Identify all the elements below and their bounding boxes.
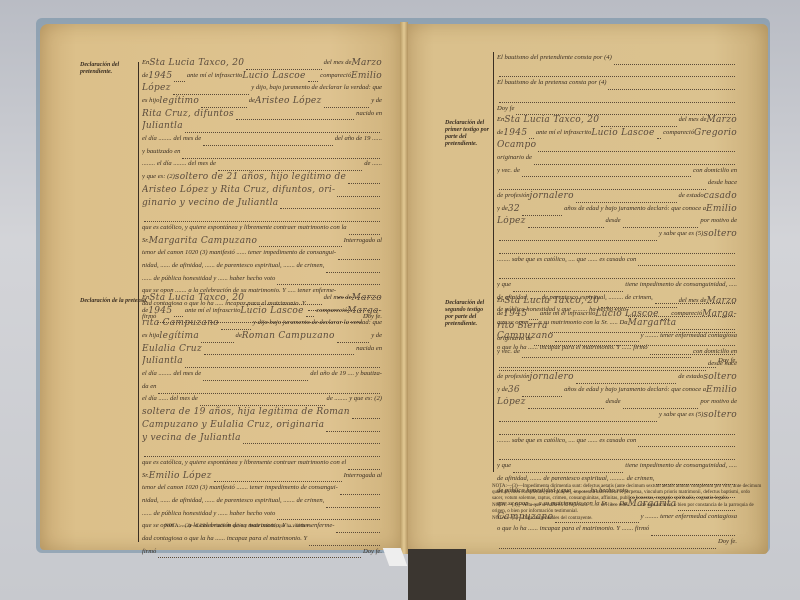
form-line: y vecina de Juliantla [142,432,382,445]
dotted-fill-line [204,346,354,355]
dotted-fill-line [203,372,308,381]
printed-text: y que [497,460,511,473]
form-line: nidad, ...... de afinidad, ...... de par… [142,260,382,273]
printed-text: del mes de [324,292,352,305]
handwritten-entry: soltero [703,371,737,384]
form-line: originario de [497,333,737,346]
dotted-fill-line [499,181,706,190]
printed-text: ........ el día ........ del mes de [142,159,216,172]
handwritten-entry: Lucio Lascoe [595,308,658,321]
handwritten-entry: Emilio López [149,470,212,483]
form-line: Doy fe. [497,536,737,549]
printed-text: tenor del canon 1020 (3) manifestó .....… [142,482,338,495]
dotted-fill-line [340,486,380,495]
handwritten-entry: legítima [159,330,199,343]
dotted-fill-line [324,99,370,108]
printed-text: Sr. [142,235,149,248]
printed-text: del mes de [324,57,352,70]
form-line: En Sta Lucia Taxco, 20 del mes de Marzo [497,114,737,127]
form-line: de 1945 ante mí el infrascrito Lucio Las… [497,127,737,140]
printed-text: ante mí el infrascrito [536,127,592,140]
dotted-fill-line [522,168,691,177]
printed-text: Interrogado al [344,235,382,248]
form-line: y vec. de con domicilio en [497,346,737,359]
dotted-fill-line [259,238,341,247]
dotted-fill-line [158,385,380,394]
printed-text: En [142,292,149,305]
dotted-fill-line [348,175,380,184]
nota-text: NOTA:—(3)—Impedimenta dirimentia sunt: d… [492,484,762,502]
printed-text: Sr. [142,470,149,483]
printed-text: y dijo, bajo juramento de declarar la ve… [251,82,382,95]
form-line: de 1945 ante mí el infrascrito Lucio Las… [142,70,382,83]
printed-text: Doy fe. [718,536,737,549]
dotted-fill-line [203,137,333,146]
form-line: En Sta Lucia Taxco, 20 del mes de Marzo [142,292,382,305]
dotted-fill-line [174,73,184,82]
dotted-fill-line [513,283,623,292]
form-line: ........ el día ........ del mes de de .… [142,159,382,172]
form-line: desde hace [497,358,737,371]
dotted-fill-line [499,451,735,460]
printed-text: da en [142,381,156,394]
printed-text: tiene impedimento de consanguinidad, ...… [625,279,737,292]
printed-text: de profesión [497,190,530,203]
handwritten-entry: Lucio Lascoe [242,70,305,83]
printed-text: Doy fe. [363,546,382,559]
printed-text: ante mí el infrascrito [540,308,596,321]
dotted-fill-line [236,111,354,120]
printed-text: ...... de pública honestidad y ...... ha… [142,508,275,521]
handwritten-entry: Gregorio [694,127,737,140]
form-line [497,422,737,435]
handwritten-entry: Emilio [351,70,382,83]
dotted-fill-line [337,188,380,197]
form-line: es hija legítima de Roman Campuzano y de [142,330,382,343]
dotted-fill-line [534,337,735,346]
handwritten-entry: 1945 [148,305,172,318]
handwritten-entry: Marzo [706,114,737,127]
printed-text: y bautizado en [142,146,180,159]
binder-clip [408,549,466,600]
handwritten-entry: Marzo [706,295,737,308]
dotted-fill-line [513,464,623,473]
form-line: López desde por motivo de [497,397,737,410]
form-line: tenor del canon 1020 (3) manifestó .....… [142,247,382,260]
label-segundo-testigo: Declaración del segundo testigo por part… [445,300,490,328]
form-line: Sr. Emilio López Interrogada al [142,470,382,483]
dotted-fill-line [158,549,361,558]
dotted-fill-line [338,251,380,260]
handwritten-entry: ginario y vecino de Juliantla [142,197,278,210]
handwritten-entry: Emilio [706,384,737,397]
dotted-fill-line [601,118,676,127]
dotted-fill-line [174,308,183,317]
dotted-fill-line [661,311,670,320]
form-line: de 1945 ante mí el infrascrito Lucio Las… [142,305,382,318]
dotted-fill-line [638,438,735,447]
form-line: Juliantla [142,120,382,133]
printed-text: nidad, ...... de afinidad, ...... de par… [142,260,324,273]
printed-text: y que es: (2) [142,171,175,184]
form-line: tenor del canon 1020 (3) manifestó .....… [142,482,382,495]
handwritten-entry: Margarita Campuzano [149,235,257,248]
printed-text: y de [371,95,382,108]
printed-text: dad contagiosa o que la ha ...... incapa… [142,533,307,546]
printed-text: El bautismo del pretendiente consta por … [497,52,612,65]
dotted-fill-line [337,334,370,343]
dotted-fill-line [528,400,604,409]
handwritten-entry: casado [704,190,737,203]
printed-text: años de edad y bajo juramento declaró: q… [564,203,706,216]
dotted-fill-line [348,461,380,470]
dotted-fill-line [499,413,657,422]
form-line: El bautismo de la pretensa consta por (4… [497,77,737,90]
handwritten-entry: López [142,82,171,95]
form-line: En Sta Lucia Taxco, 20 del mes de Marzo [497,295,737,308]
form-line [142,444,382,457]
dotted-fill-line [352,410,380,419]
handwritten-entry: Marzo [351,57,382,70]
printed-text: compareció [663,127,694,140]
handwritten-entry: Roman Campuzano [242,330,335,343]
handwritten-entry: soltero [703,409,737,422]
form-line [497,65,737,78]
dotted-fill-line [529,311,538,320]
handwritten-entry: Sta Lucia Taxco, 20 [149,57,244,70]
printed-text: y que [497,279,511,292]
form-line: es hijo legítimo de Aristeo López y de [142,95,382,108]
form-line: Aristeo López y Rita Cruz, difuntos, ori… [142,184,382,197]
handwritten-entry: soltero de 21 años, hijo legítimo de [175,171,346,184]
form-line: y de 32 años de edad y bajo juramento de… [497,203,737,216]
nota-2: NOTA:—(2)—Célibe o viudo de quién y desd… [165,524,385,530]
dotted-fill-line [614,56,735,65]
printed-text: y dijo bajo juramento de declarar la ver… [253,317,382,330]
form-line: Juliantla [142,355,382,368]
form-line: de profesión jornalero de estado casado [497,190,737,203]
right-margin-rule [493,52,494,472]
printed-text: desde hace [708,358,737,371]
printed-text: desde hace [708,177,737,190]
printed-text: Interrogada al [344,470,382,483]
printed-text: del mes de [679,114,707,127]
dotted-fill-line [326,264,380,273]
dotted-fill-line [144,213,380,222]
form-line: que es católica, y quiere espontánea y l… [142,457,382,470]
dotted-fill-line [623,400,699,409]
printed-text: por motivo de [700,216,737,229]
printed-text: es hija [142,330,159,343]
form-line [497,241,737,254]
printed-text: y de [371,330,382,343]
handwritten-entry: rito Sierra [497,320,548,333]
printed-text: En [497,114,504,127]
form-line: Eulalia Cruz nacida en [142,343,382,356]
printed-text: el día ........ del mes de [142,368,201,381]
dotted-fill-line [538,143,735,152]
declaration-pretendiente: En Sta Lucia Taxco, 20 del mes de Marzod… [142,57,382,323]
dotted-fill-line [651,527,735,536]
form-line: y sabe que es (5) soltero [497,409,737,422]
dotted-fill-line [306,308,315,317]
form-line [497,266,737,279]
form-line: el día ........ del mes de del año de 19… [142,133,382,146]
printed-text: años de edad y bajo juramento declaró: q… [564,384,706,397]
form-line: dad contagiosa o que la ha ...... incapa… [142,533,382,546]
dotted-fill-line [349,226,380,235]
printed-text: tiene impedimento de consanguinidad, ...… [625,460,737,473]
printed-text: de estado [678,371,703,384]
dotted-fill-line [529,130,533,139]
label-pretendiente: Declaración del pretendiente. [80,62,150,76]
dotted-fill-line [326,423,380,432]
printed-text: ...... de pública honestidad y ...... ha… [142,273,275,286]
printed-text: del año de 19 ...... [335,133,382,146]
dotted-fill-line [185,359,380,368]
form-line: y de 36 años de edad y bajo juramento de… [497,384,737,397]
printed-text: originario de [497,152,532,165]
printed-text: y sabe que es (5) [659,228,703,241]
form-line: ginario y vecino de Juliantla [142,197,382,210]
printed-text: compareció [320,70,351,83]
printed-text: que es católico, y quiere espontánea y l… [142,222,347,235]
printed-text: nacida en [356,343,382,356]
dotted-fill-line [576,375,676,384]
handwritten-entry: soltero [703,228,737,241]
printed-text: desde [606,216,621,229]
dotted-fill-line [144,448,380,457]
printed-text: por motivo de [700,397,737,410]
form-line: Campuzano y Eulalia Cruz, originaria [142,419,382,432]
book-spine [400,22,408,554]
printed-text: ante mí el infrascrito [187,70,243,83]
form-line: Sr. Margarita Campuzano Interrogado al [142,235,382,248]
handwritten-entry: Emilio [706,203,737,216]
form-line: o que lo ha ...... incapaz para el matri… [497,523,737,536]
handwritten-entry: Juliantla [142,355,183,368]
printed-text: nacido en [356,108,382,121]
form-line: y bautizado en [142,146,382,159]
dotted-fill-line [173,86,250,95]
handwritten-entry: Rita Cruz, difuntos [142,108,234,121]
printed-text: compareció [671,308,702,321]
dotted-fill-line [277,511,380,520]
form-line: rita Campuzano y dijo bajo juramento de … [142,317,382,330]
dotted-fill-line [246,61,321,70]
handwritten-entry: Marga- [702,308,737,321]
dotted-fill-line [499,426,735,435]
handwritten-entry: 1945 [503,127,527,140]
printed-text: El bautismo de la pretensa consta por (4… [497,77,606,90]
form-line: ...... de pública honestidad y ...... ha… [142,508,382,521]
dotted-fill-line [499,68,735,77]
form-line: Ocampo [497,139,737,152]
handwritten-entry: Lucio Lascoe [591,127,654,140]
form-line: soltera de 19 años, hija legítima de Rom… [142,406,382,419]
form-line: nidad, ...... de afinidad, ...... de par… [142,495,382,508]
form-line: firmó Doy fe. [142,546,382,559]
dotted-fill-line [576,194,677,203]
printed-text: de profesión [497,371,530,384]
printed-text: y de [497,203,508,216]
form-line: de profesión jornalero de estado soltero [497,371,737,384]
printed-text: del mes de [679,295,707,308]
dotted-fill-line [246,296,321,305]
printed-text: En [497,295,504,308]
form-line: y que tiene impedimento de consanguinida… [497,460,737,473]
form-line: de 1945 ante mí el infrascrito Lucio Las… [497,308,737,321]
dotted-fill-line [623,219,699,228]
dotted-fill-line [608,81,735,90]
dotted-fill-line [499,540,716,549]
handwritten-entry: Aristeo López [255,95,322,108]
printed-text: o que lo ha ...... incapaz para el matri… [497,523,649,536]
handwritten-entry: rita Campuzano [142,317,219,330]
form-line: da en [142,381,382,394]
dotted-fill-line [309,537,380,546]
dotted-fill-line [522,207,562,216]
form-line: y sabe que es (5) soltero [497,228,737,241]
form-line: López y dijo, bajo juramento de declarar… [142,82,382,95]
printed-text: y vec. de [497,346,520,359]
dotted-fill-line [528,219,604,228]
handwritten-entry: 1945 [148,70,172,83]
dotted-fill-line [638,257,735,266]
handwritten-entry: López [497,397,526,410]
printed-text: de ...... [364,159,382,172]
printed-text: de ........ y que es: (2) [327,394,382,407]
printed-text: con domicilio en [693,346,737,359]
notas-block: NOTA:—(3)—Impedimenta dirimentia sunt: d… [492,484,762,523]
form-line: ........ sabe que es católico, .... que … [497,254,737,267]
label-pretensa: Declaración de la pretensa. [80,298,150,305]
nota-text: NOTA:—(4)—Acta que se halla en la foja n… [492,503,762,515]
dotted-fill-line [214,473,342,482]
printed-text: el día ...... del mes de [142,394,198,407]
dotted-fill-line [657,130,661,139]
printed-text: y sabe que es (5) [659,409,703,422]
dotted-fill-line [550,324,735,333]
dotted-fill-line [200,397,325,406]
dotted-fill-line [280,200,380,209]
handwritten-entry: Sta Lucia Taxco, 20 [149,292,244,305]
form-line [497,90,737,103]
label-primer-testigo: Declaración del primer testigo por parte… [445,120,490,148]
printed-text: y de [497,384,508,397]
handwritten-entry: jornalero [530,371,574,384]
form-line: El bautismo del pretendiente consta por … [497,52,737,65]
dotted-fill-line [277,276,380,285]
declaration-pretensa: En Sta Lucia Taxco, 20 del mes de Marzod… [142,292,382,558]
dotted-fill-line [185,124,380,133]
dotted-fill-line [499,362,706,371]
handwritten-entry: Sta Lucia Taxco, 20 [504,295,599,308]
handwritten-entry: Marzo [351,292,382,305]
printed-text: el día ........ del mes de [142,133,201,146]
handwritten-entry: Campuzano y Eulalia Cruz, originaria [142,419,324,432]
form-line: el día ........ del mes de del año de 19… [142,368,382,381]
form-line: y vec. de con domicilio en [497,165,737,178]
handwritten-entry: soltera de 19 años, hija legítima de Rom… [142,406,350,419]
form-line: En Sta Lucia Taxco, 20 del mes de Marzo [142,57,382,70]
form-line: ...... de pública honestidad y ...... ha… [142,273,382,286]
handwritten-entry: Juliantla [142,120,183,133]
printed-text: originario de [497,333,532,346]
form-line: rito Sierra [497,320,737,333]
form-line: originario de [497,152,737,165]
handwritten-entry: Marga- [347,305,382,318]
form-line: ........ sabe que es católico, .... que … [497,435,737,448]
printed-text: ........ sabe que es católico, .... que … [497,254,636,267]
form-line: López desde por motivo de [497,216,737,229]
printed-text: del año de 19 .... y bautiza- [310,368,382,381]
form-line [497,447,737,460]
dotted-fill-line [201,334,234,343]
printed-text: y vec. de [497,165,520,178]
handwritten-entry: López [497,216,526,229]
dotted-fill-line [601,299,676,308]
handwritten-entry: Ocampo [497,139,536,152]
handwritten-entry: Eulalia Cruz [142,343,202,356]
dotted-fill-line [326,499,380,508]
handwritten-entry: 36 [508,384,520,397]
printed-text: tenor del canon 1020 (3) manifestó .....… [142,247,336,260]
form-line: el día ...... del mes de de ........ y q… [142,394,382,407]
dotted-fill-line [243,435,380,444]
printed-text: ........ sabe que es católico, .... que … [497,435,636,448]
form-line: Rita Cruz, difuntos nacido en [142,108,382,121]
printed-text: es hijo [142,95,159,108]
nota-text: NOTA:—(5)—Diga las generales del contray… [492,516,762,522]
dotted-fill-line [221,321,251,330]
printed-text: que es católica, y quiere espontánea y l… [142,457,346,470]
handwritten-entry: Aristeo López y Rita Cruz, difuntos, ori… [142,184,335,197]
handwritten-entry: Lucio Lascoe [240,305,303,318]
form-line: y que tiene impedimento de consanguinida… [497,279,737,292]
handwritten-entry: y vecina de Juliantla [142,432,241,445]
dotted-fill-line [522,388,562,397]
handwritten-entry: legítimo [159,95,199,108]
dotted-fill-line [499,270,735,279]
handwritten-entry: jornalero [530,190,574,203]
printed-text: con domicilio en [693,165,737,178]
printed-text: desde [606,397,621,410]
dotted-fill-line [218,162,362,171]
form-line [142,209,382,222]
form-line: que es católico, y quiere espontánea y l… [142,222,382,235]
baptism-record: El bautismo del pretendiente consta por … [497,52,737,115]
printed-text: firmó [142,546,156,559]
handwritten-entry: Sta Lucia Taxco, 20 [504,114,599,127]
handwritten-entry: 1945 [503,308,527,321]
form-line: y que es: (2) soltero de 21 años, hijo l… [142,171,382,184]
dotted-fill-line [499,245,735,254]
printed-text: En [142,57,149,70]
dotted-fill-line [182,150,380,159]
printed-text: de estado [679,190,704,203]
dotted-fill-line [522,349,691,358]
dotted-fill-line [499,94,735,103]
printed-text: compareció [316,305,347,318]
handwritten-entry: 32 [508,203,520,216]
dotted-fill-line [534,156,735,165]
printed-text: ante mí el infrascrito [185,305,241,318]
printed-text: nidad, ...... de afinidad, ...... de par… [142,495,324,508]
dotted-fill-line [201,99,247,108]
dotted-fill-line [499,232,657,241]
form-line: desde hace [497,177,737,190]
